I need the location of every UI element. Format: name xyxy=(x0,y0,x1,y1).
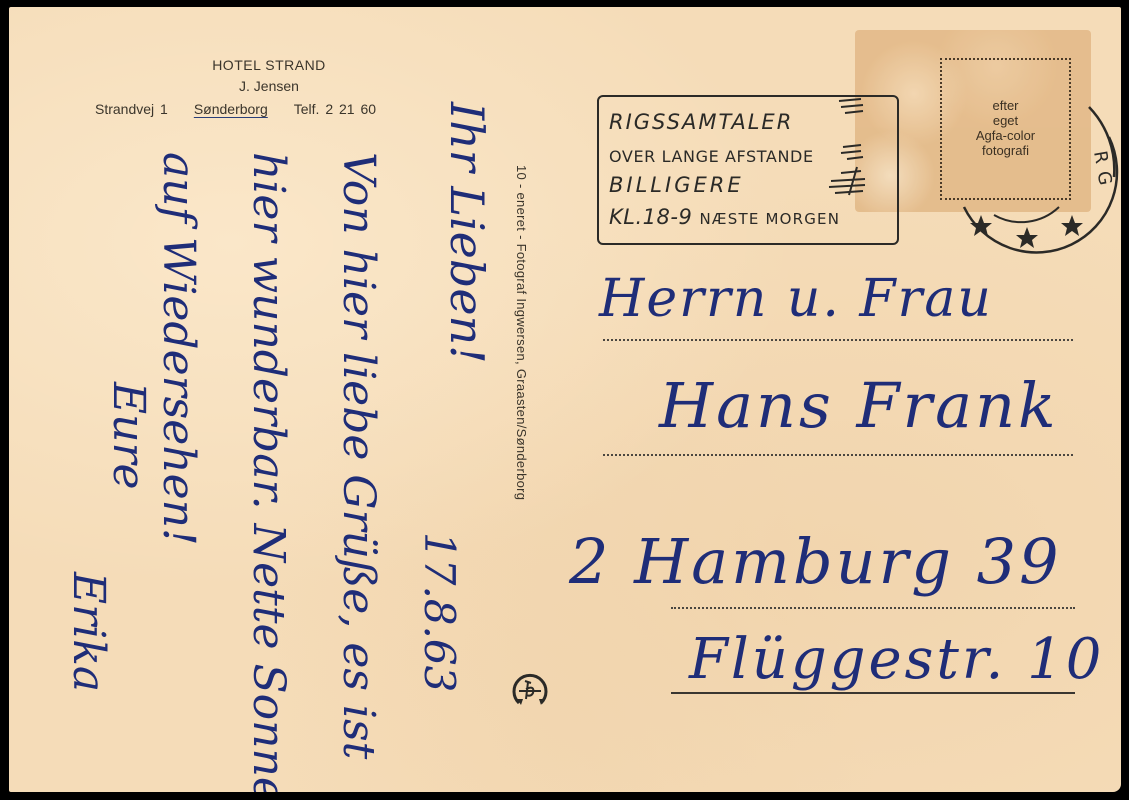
message-line: Eure xyxy=(103,382,154,490)
message-line: Ihr Lieben! xyxy=(440,102,494,364)
slogan-line-3: BILLIGERE xyxy=(609,173,744,197)
postmark-wavy-lines xyxy=(821,95,881,205)
address-recipient-name: Hans Frank xyxy=(659,369,1059,442)
address-line-3 xyxy=(671,607,1075,609)
hotel-name: HOTEL STRAND xyxy=(9,57,529,73)
slogan-line-2: OVER LANGE AFSTANDE xyxy=(609,147,814,166)
postmark-circle: RG xyxy=(939,97,1121,267)
address-line-1 xyxy=(603,339,1073,341)
handwritten-message: Ihr Lieben! 17.8.63 Von hier liebe Grüße… xyxy=(64,102,494,792)
star-icon xyxy=(970,215,1083,248)
hotel-owner: J. Jensen xyxy=(9,78,529,94)
message-date: 17.8.63 xyxy=(415,532,464,692)
address-city: 2 Hamburg 39 xyxy=(569,525,1062,598)
slogan-line-1: RIGSSAMTALER xyxy=(609,110,793,134)
slogan-next-morning: NÆSTE MORGEN xyxy=(700,210,841,228)
message-line: auf Wiedersehen! xyxy=(153,152,204,546)
slogan-line-4: KL.18-9 NÆSTE MORGEN xyxy=(609,205,840,229)
publisher-monogram-icon xyxy=(509,669,551,711)
message-line: hier wunderbar. Nette Sonne xyxy=(243,152,294,792)
address-line-4 xyxy=(671,692,1075,694)
slogan-hours: KL.18-9 xyxy=(609,205,692,229)
address-recipient-title: Herrn u. Frau xyxy=(599,269,993,329)
photographer-credit: 10 - eneret - Fotograf Ingwersen, Graast… xyxy=(514,165,529,500)
address-street: Flüggestr. 10 xyxy=(689,627,1104,692)
message-line: Von hier liebe Grüße, es ist xyxy=(333,152,384,759)
postcard: HOTEL STRAND J. Jensen Strandvej 1Sønder… xyxy=(9,7,1121,792)
address-line-2 xyxy=(603,454,1073,456)
message-signature: Erika xyxy=(63,572,114,692)
